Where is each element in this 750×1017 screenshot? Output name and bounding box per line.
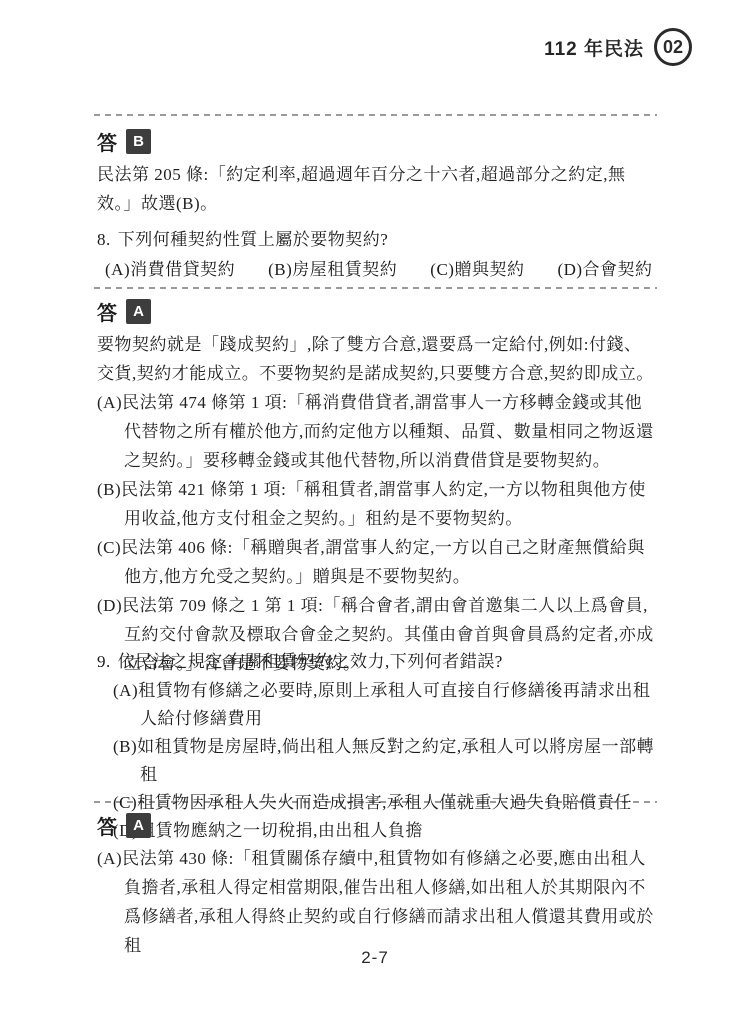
dashed-divider: [94, 287, 657, 289]
answer-label: 答: [97, 811, 117, 840]
dashed-divider: [94, 114, 657, 116]
question-text: 依民法之規定,有關租賃契約之效力,下列何者錯誤?: [118, 652, 503, 671]
answer-block-9: 答 A (A)民法第 430 條:「租賃關係存續中,租賃物如有修繕之必要,應由出…: [97, 812, 657, 960]
chapter-number-badge: 02: [654, 28, 692, 66]
answer-block-8: 答 A 要物契約就是「踐成契約」,除了雙方合意,還要爲一定給付,例如:付錢、交貨…: [97, 298, 657, 678]
question-options: (A)消費借貸契約 (B)房屋租賃契約 (C)贈與契約 (D)合會契約: [97, 256, 657, 284]
book-page: 112 年民法 02 答 B 民法第 205 條:「約定利率,超過週年百分之十六…: [0, 0, 750, 1017]
answer-item-c: (C)民法第 406 條:「稱贈與者,謂當事人約定,一方以自己之財產無償給與他方…: [97, 533, 657, 591]
option-b: (B)如租賃物是房屋時,倘出租人無反對之約定,承租人可以將房屋一部轉租: [113, 733, 657, 789]
question-number: 9.: [97, 652, 111, 671]
option-d: (D)合會契約: [557, 256, 652, 284]
answer-header: 答 A: [97, 298, 657, 324]
option-a: (A)租賃物有修繕之必要時,原則上承租人可直接自行修繕後再請求出租人給付修繕費用: [113, 677, 657, 733]
answer-choice-badge: A: [126, 813, 151, 838]
option-a: (A)消費借貸契約: [105, 256, 235, 284]
question-8: 8.下列何種契約性質上屬於要物契約? (A)消費借貸契約 (B)房屋租賃契約 (…: [97, 226, 657, 284]
answer-label: 答: [97, 297, 117, 326]
question-stem: 9.依民法之規定,有關租賃契約之效力,下列何者錯誤?: [97, 648, 657, 676]
answer-choice-badge: A: [126, 299, 151, 324]
answer-explanation: 民法第 205 條:「約定利率,超過週年百分之十六者,超過部分之約定,無效。」故…: [97, 160, 657, 218]
option-c: (C)贈與契約: [430, 256, 524, 284]
answer-item-a: (A)民法第 430 條:「租賃關係存續中,租賃物如有修繕之必要,應由出租人負擔…: [97, 844, 657, 960]
answer-item-b: (B)民法第 421 條第 1 項:「稱租賃者,謂當事人約定,一方以物租與他方使…: [97, 475, 657, 533]
option-b: (B)房屋租賃契約: [268, 256, 397, 284]
question-number: 8.: [97, 230, 111, 249]
answer-header: 答 A: [97, 812, 657, 838]
answer-choice-badge: B: [126, 129, 151, 154]
page-number: 2-7: [0, 948, 750, 968]
answer-label: 答: [97, 127, 117, 156]
question-text: 下列何種契約性質上屬於要物契約?: [118, 230, 389, 249]
answer-item-a: (A)民法第 474 條第 1 項:「稱消費借貸者,謂當事人一方移轉金錢或其他代…: [97, 388, 657, 475]
answer-block-7: 答 B 民法第 205 條:「約定利率,超過週年百分之十六者,超過部分之約定,無…: [97, 128, 657, 218]
answer-intro: 要物契約就是「踐成契約」,除了雙方合意,還要爲一定給付,例如:付錢、交貨,契約才…: [97, 330, 657, 388]
page-header: 112 年民法 02: [544, 28, 692, 66]
question-stem: 8.下列何種契約性質上屬於要物契約?: [97, 226, 657, 254]
answer-header: 答 B: [97, 128, 657, 154]
page-header-title: 112 年民法: [544, 34, 644, 61]
